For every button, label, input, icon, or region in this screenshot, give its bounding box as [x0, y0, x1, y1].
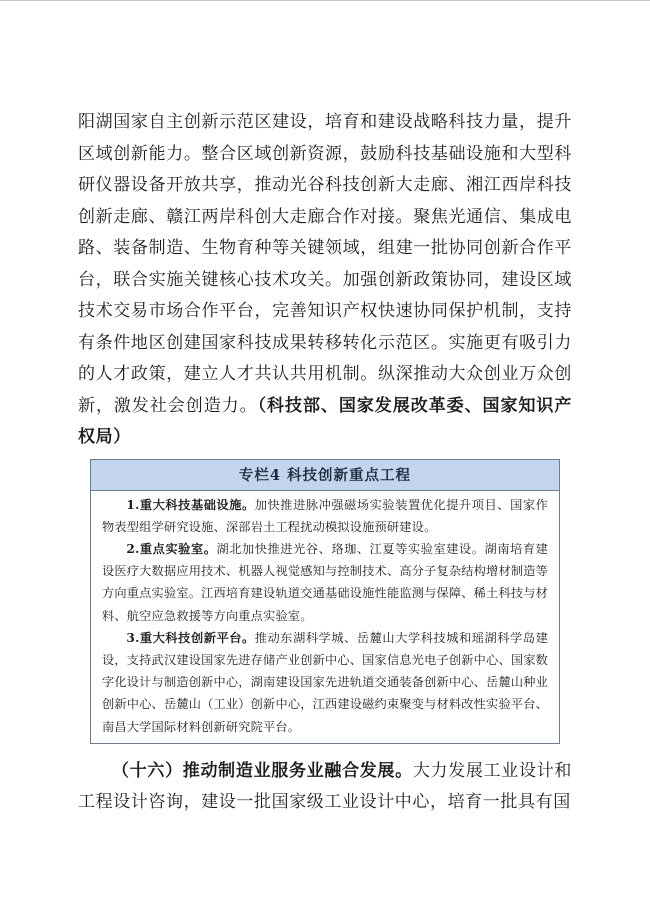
callout-box-tech-innovation-projects: 专栏4 科技创新重点工程 1.重大科技基础设施。加快推进脉冲强磁场实验装置优化提… — [90, 459, 560, 744]
page-top-border — [0, 0, 650, 1]
callout-item-lead: 2.重点实验室。 — [126, 542, 216, 556]
callout-item-major-infrastructure: 1.重大科技基础设施。加快推进脉冲强磁场实验装置优化提升项目、国家作物表型组学研… — [102, 494, 548, 538]
callout-item-lead: 1.重大科技基础设施。 — [126, 498, 254, 512]
callout-box-title: 专栏4 科技创新重点工程 — [91, 460, 559, 491]
paragraph-body-text: 阳湖国家自主创新示范区建设，培育和建设战略科技力量，提升区域创新能力。整合区域创… — [78, 112, 572, 416]
paragraph-regional-innovation: 阳湖国家自主创新示范区建设，培育和建设战略科技力量，提升区域创新能力。整合区域创… — [78, 0, 572, 454]
callout-item-lead: 3.重大科技创新平台。 — [126, 631, 254, 645]
paragraph-16-manufacturing-services: （十六）推动制造业服务业融合发展。大力发展工业设计和工程设计咨询，建设一批国家级… — [78, 756, 572, 819]
callout-item-innovation-platforms: 3.重大科技创新平台。推动东湖科学城、岳麓山大学科技城和瑶湖科学岛建设，支持武汉… — [102, 627, 548, 738]
paragraph-16-lead: （十六）推动制造业服务业融合发展。 — [112, 761, 413, 781]
callout-item-key-laboratories: 2.重点实验室。湖北加快推进光谷、珞珈、江夏等实验室建设。湖南培育建设医疗大数据… — [102, 538, 548, 627]
document-page: 阳湖国家自主创新示范区建设，培育和建设战略科技力量，提升区域创新能力。整合区域创… — [0, 0, 650, 919]
callout-box-body: 1.重大科技基础设施。加快推进脉冲强磁场实验装置优化提升项目、国家作物表型组学研… — [91, 491, 559, 743]
callout-item-text: 推动东湖科学城、岳麓山大学科技城和瑶湖科学岛建设，支持武汉建设国家先进存储产业创… — [102, 631, 548, 734]
